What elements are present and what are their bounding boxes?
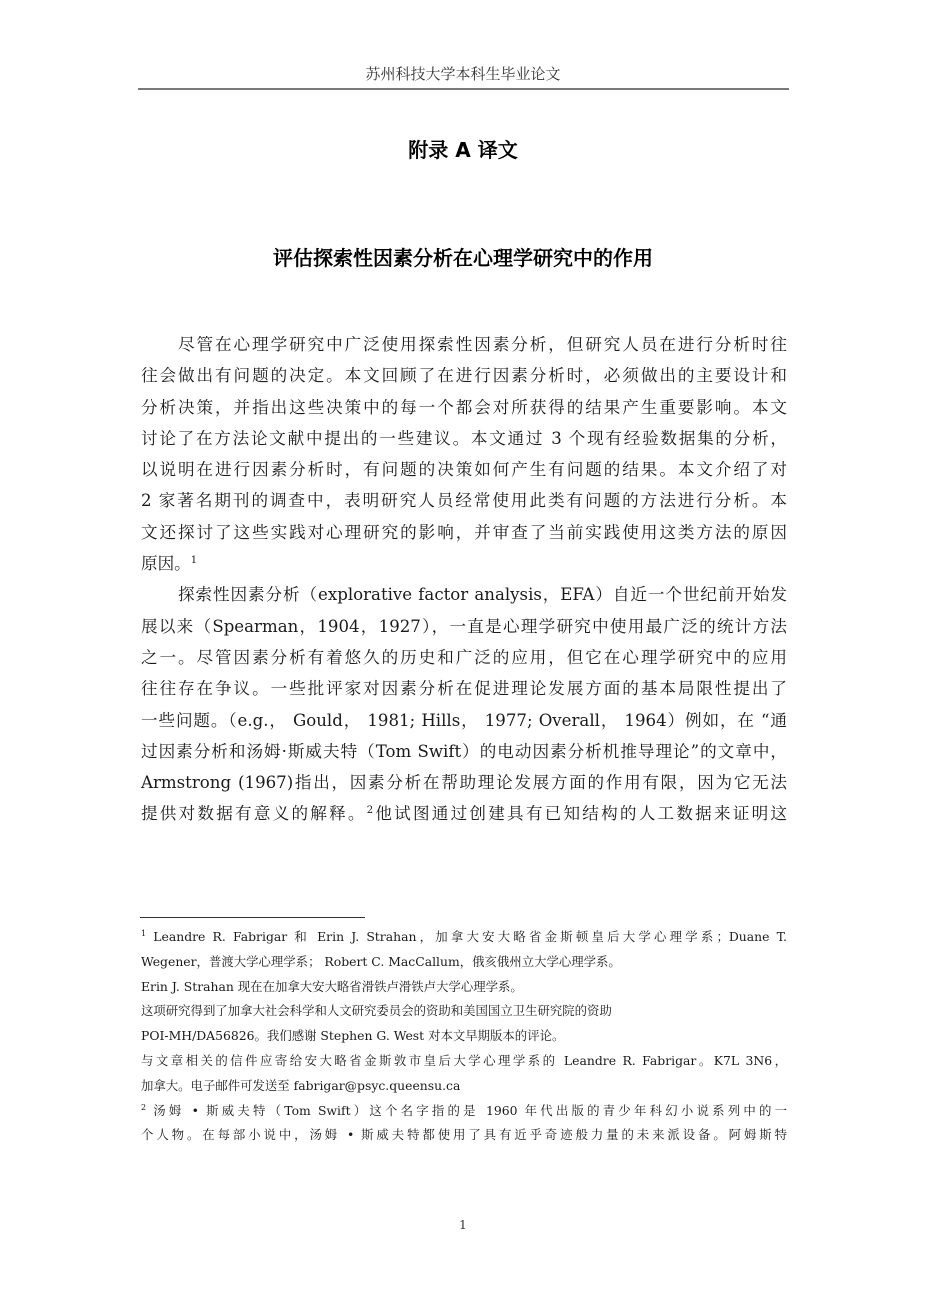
footnote-separator <box>140 917 365 918</box>
paragraph-2-line: 展以来（Spearman，1904，1927），一直是心理学研究中使用最广泛的统… <box>141 611 787 642</box>
paper-title: 评估探索性因素分析在心理学研究中的作用 <box>138 244 788 272</box>
footnote-1-line: 与文章相关的信件应寄给安大略省金斯敦市皇后大学心理学系的 Leandre R. … <box>141 1049 787 1074</box>
paragraph-2-line: 之一。尽管因素分析有着悠久的历史和广泛的应用，但它在心理学研究中的应用 <box>141 642 787 673</box>
running-header: 苏州科技大学本科生毕业论文 <box>138 64 788 84</box>
footnote-1-text: Leandre R. Fabrigar 和 Erin J. Strahan，加拿… <box>146 929 787 944</box>
paragraph-1-line: 分析决策，并指出这些决策中的每一个都会对所获得的结果产生重要影响。本文 <box>141 392 787 423</box>
paragraph-1-last-line: 原因。1 <box>141 548 787 579</box>
paragraph-2-line: 往往存在争议。一些批评家对因素分析在促进理论发展方面的基本局限性提出了 <box>141 673 787 704</box>
footnote-1-line: 1 Leandre R. Fabrigar 和 Erin J. Strahan，… <box>141 925 787 950</box>
document-page: 苏州科技大学本科生毕业论文 附录 A 译文 评估探索性因素分析在心理学研究中的作… <box>0 0 926 1309</box>
footnote-2-text: 汤姆 • 斯威夫特（Tom Swift）这个名字指的是 1960 年代出版的青少… <box>146 1103 787 1118</box>
header-rule <box>138 88 789 90</box>
paragraph-2-line-text: 提供对数据有意义的解释。 <box>141 804 367 823</box>
paragraph-1-line: 往会做出有问题的决定。本文回顾了在进行因素分析时，必须做出的主要设计和 <box>141 360 787 391</box>
paragraph-2-line: 一些问题。（e.g.， Gould， 1981; Hills， 1977; Ov… <box>141 705 787 736</box>
footnote-1-email-line: 加拿大。电子邮件可发送至 fabrigar@psyc.queensu.ca <box>141 1074 787 1099</box>
footnote-1-line: Wegener，普渡大学心理学系； Robert C. MacCallum，俄亥… <box>141 950 787 975</box>
footnote-ref-1[interactable]: 1 <box>191 555 197 566</box>
paragraph-2-line: Armstrong (1967)指出，因素分析在帮助理论发展方面的作用有限，因为… <box>141 767 787 798</box>
footnote-2-line: 2 汤姆 • 斯威夫特（Tom Swift）这个名字指的是 1960 年代出版的… <box>141 1099 787 1124</box>
paragraph-1-line: 讨论了在方法论文献中提出的一些建议。本文通过 3 个现有经验数据集的分析， <box>141 423 787 454</box>
footnotes: 1 Leandre R. Fabrigar 和 Erin J. Strahan，… <box>141 925 787 1148</box>
body-text: 尽管在心理学研究中广泛使用探索性因素分析，但研究人员在进行分析时往 往会做出有问… <box>141 329 787 830</box>
footnote-2-line: 个人物。在每部小说中，汤姆 • 斯威夫特都使用了具有近乎奇迹般力量的未来派设备。… <box>141 1123 787 1148</box>
appendix-title: 附录 A 译文 <box>138 136 788 164</box>
paragraph-1-line-text: 原因。 <box>141 554 191 573</box>
page-number: 1 <box>438 1218 488 1232</box>
paragraph-2-line: 探索性因素分析（explorative factor analysis，EFA）… <box>141 579 787 610</box>
footnote-1-line: 这项研究得到了加拿大社会科学和人文研究委员会的资助和美国国立卫生研究院的资助 <box>141 999 787 1024</box>
footnote-1-line: POI-MH/DA56826。我们感谢 Stephen G. West 对本文早… <box>141 1024 787 1049</box>
paragraph-1-line: 尽管在心理学研究中广泛使用探索性因素分析，但研究人员在进行分析时往 <box>141 329 787 360</box>
footnote-1-line: Erin J. Strahan 现在在加拿大安大略省滑铁卢滑铁卢大学心理学系。 <box>141 975 787 1000</box>
paragraph-1-line: 以说明在进行因素分析时，有问题的决策如何产生有问题的结果。本文介绍了对 <box>141 454 787 485</box>
paragraph-2-line-text: 他试图通过创建具有已知结构的人工数据来证明这 <box>373 804 787 823</box>
paragraph-2-last-line: 提供对数据有意义的解释。2他试图通过创建具有已知结构的人工数据来证明这 <box>141 798 787 829</box>
paragraph-1-line: 文还探讨了这些实践对心理研究的影响，并审查了当前实践使用这类方法的原因 <box>141 517 787 548</box>
paragraph-2-line: 过因素分析和汤姆·斯威夫特（Tom Swift）的电动因素分析机推导理论”的文章… <box>141 736 787 767</box>
paragraph-1-line: 2 家著名期刊的调查中，表明研究人员经常使用此类有问题的方法进行分析。本 <box>141 485 787 516</box>
